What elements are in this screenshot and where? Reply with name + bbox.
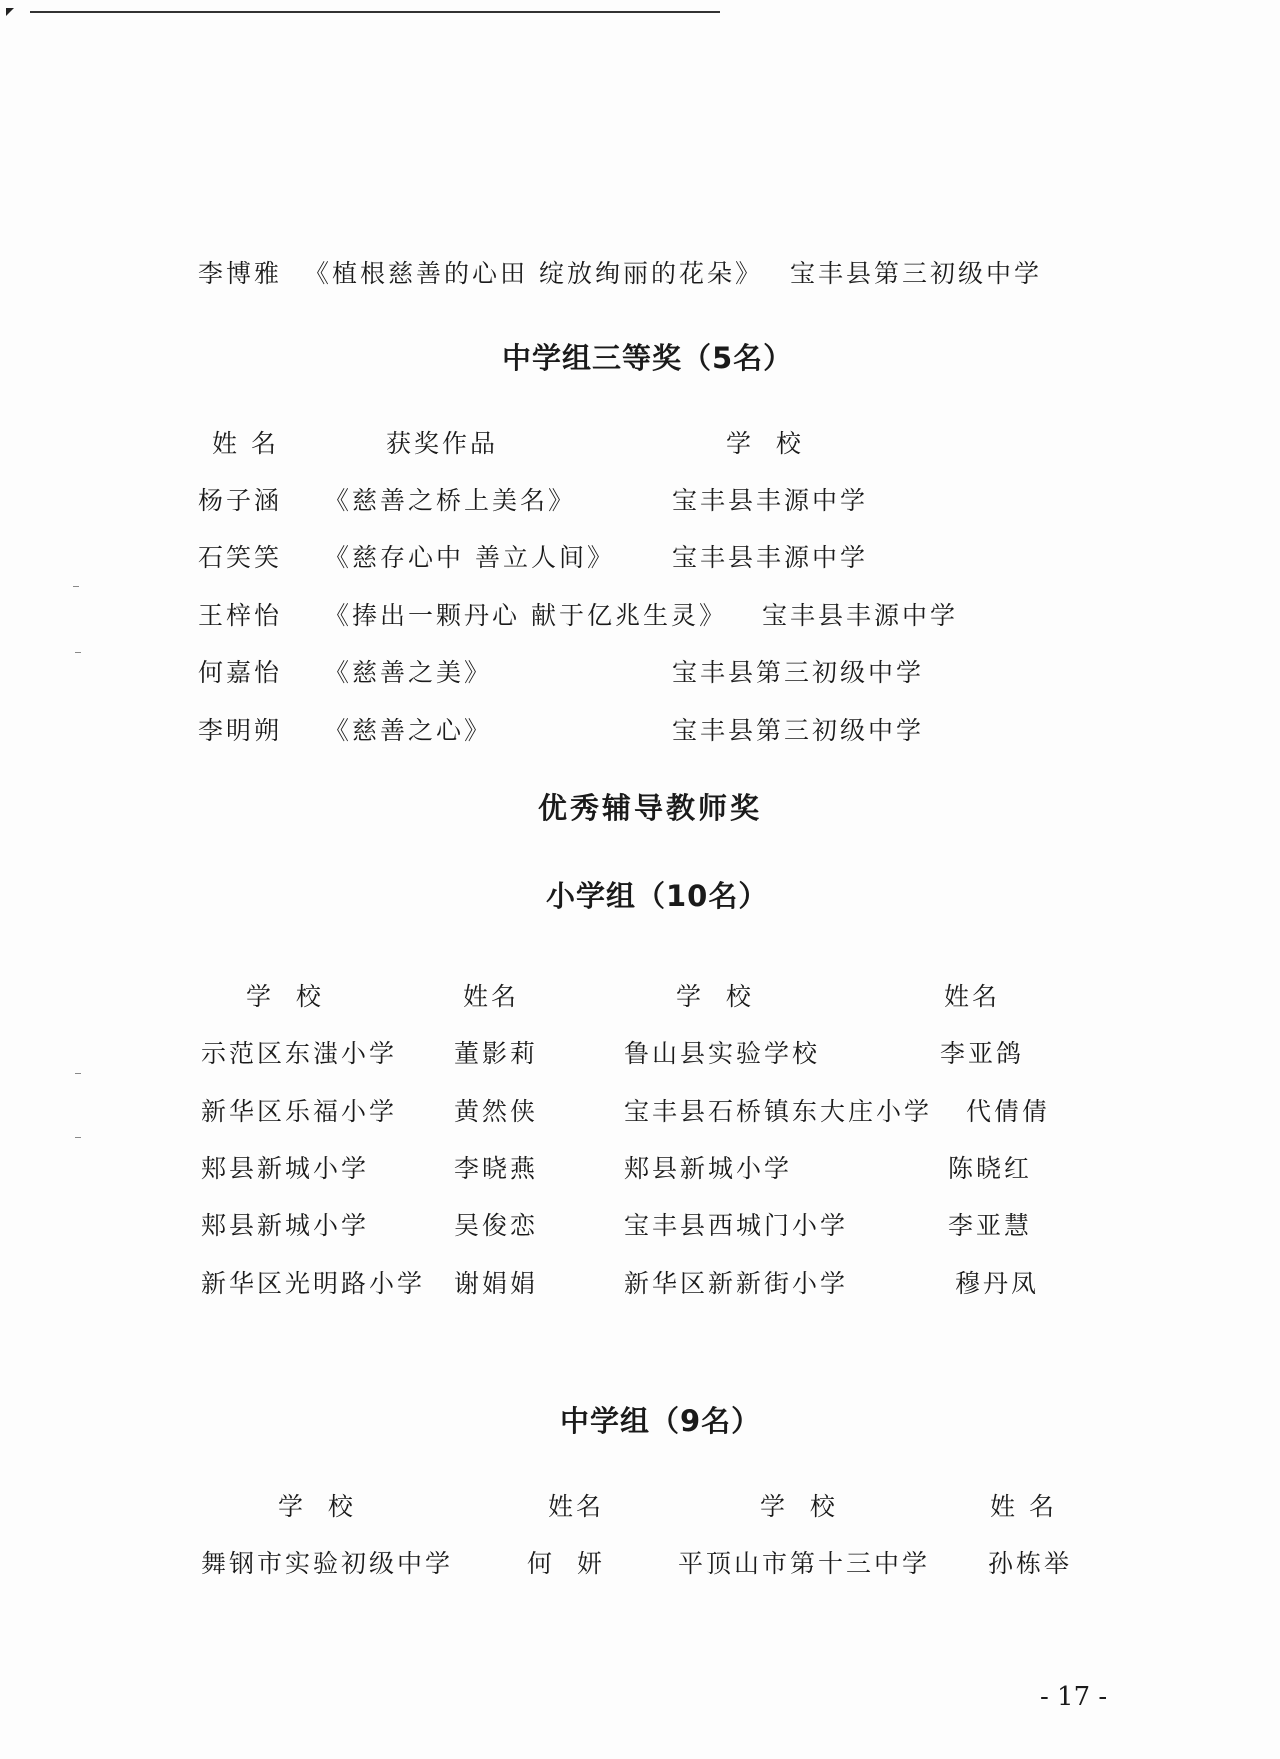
prev-entry-name: 李博雅 [198, 254, 282, 290]
table-row-name-2: 李亚鸽 [940, 1034, 1024, 1070]
col-header-name: 姓 名 [212, 424, 279, 460]
table-row-work: 《慈善之美》 [324, 653, 492, 689]
table-row-school-1: 新华区乐福小学 [201, 1092, 397, 1128]
col-header-school-1: 学 校 [278, 1487, 356, 1523]
table-row-school: 宝丰县丰源中学 [672, 481, 868, 517]
table-row-school-1: 郏县新城小学 [201, 1149, 369, 1185]
col-header-school-2: 学 校 [760, 1487, 838, 1523]
section-title-primary-group: 小学组（10名） [546, 874, 768, 915]
table-row-school-2: 宝丰县石桥镇东大庄小学 [624, 1092, 932, 1128]
table-row-school: 宝丰县丰源中学 [672, 538, 868, 574]
scan-margin-mark [75, 1137, 81, 1138]
page-number: - 17 - [1040, 1682, 1107, 1712]
table-row-name-1: 何 妍 [527, 1544, 605, 1580]
table-row-name-1: 黄然侠 [454, 1092, 538, 1128]
table-row-name-2: 陈晓红 [948, 1149, 1032, 1185]
col-header-school-1: 学 校 [246, 977, 324, 1013]
table-row-name-1: 谢娟娟 [454, 1264, 538, 1300]
table-row-school: 宝丰县丰源中学 [762, 596, 958, 632]
scan-margin-mark [73, 586, 79, 587]
table-row-school-2: 鲁山县实验学校 [624, 1034, 820, 1070]
table-row-name-1: 董影莉 [454, 1034, 538, 1070]
table-row-school-1: 郏县新城小学 [201, 1206, 369, 1242]
scan-corner-mark [6, 8, 14, 16]
table-row-name-2: 李亚慧 [948, 1206, 1032, 1242]
scan-margin-mark [75, 1073, 81, 1074]
table-row-name: 杨子涵 [198, 481, 282, 517]
table-row-school: 宝丰县第三初级中学 [672, 653, 924, 689]
section-title-third-prize: 中学组三等奖（5名） [502, 336, 793, 377]
col-header-work: 获奖作品 [386, 424, 498, 460]
scan-margin-mark [75, 652, 81, 653]
table-row-work: 《慈善之心》 [324, 711, 492, 747]
table-row-name-1: 吴俊恋 [454, 1206, 538, 1242]
table-row-name-2: 孙栋举 [988, 1544, 1072, 1580]
table-row-name: 李明朔 [198, 711, 282, 747]
table-row-name: 何嘉怡 [198, 653, 282, 689]
table-row-work: 《慈存心中 善立人间》 [324, 538, 615, 574]
table-row-school-1: 新华区光明路小学 [201, 1264, 425, 1300]
table-row-school-2: 宝丰县西城门小学 [624, 1206, 848, 1242]
table-row-school-2: 郏县新城小学 [624, 1149, 792, 1185]
col-header-school-2: 学 校 [676, 977, 754, 1013]
col-header-name-1: 姓名 [463, 977, 519, 1013]
col-header-school: 学 校 [726, 424, 804, 460]
table-row-name-2: 穆丹凤 [955, 1264, 1039, 1300]
table-row-school-1: 示范区东滍小学 [201, 1034, 397, 1070]
table-row-name: 王梓怡 [198, 596, 282, 632]
table-row-school-2: 新华区新新街小学 [624, 1264, 848, 1300]
table-row-work: 《捧出一颗丹心 献于亿兆生灵》 [324, 596, 727, 632]
table-row-name-2: 代倩倩 [966, 1092, 1050, 1128]
table-row-school-1: 舞钢市实验初级中学 [201, 1544, 453, 1580]
col-header-name-1: 姓名 [548, 1487, 604, 1523]
table-row-name-1: 李晓燕 [454, 1149, 538, 1185]
scan-top-line [30, 11, 720, 13]
table-row-school-2: 平顶山市第十三中学 [678, 1544, 930, 1580]
col-header-name-2: 姓名 [944, 977, 1000, 1013]
prev-entry-work: 《植根慈善的心田 绽放绚丽的花朵》 [304, 254, 763, 290]
table-row-work: 《慈善之桥上美名》 [324, 481, 576, 517]
table-row-school: 宝丰县第三初级中学 [672, 711, 924, 747]
col-header-name-2: 姓 名 [990, 1487, 1057, 1523]
prev-entry-school: 宝丰县第三初级中学 [790, 254, 1042, 290]
section-title-middle-group: 中学组（9名） [560, 1399, 761, 1440]
table-row-name: 石笑笑 [198, 538, 282, 574]
section-title-teacher-award: 优秀辅导教师奖 [538, 786, 762, 827]
